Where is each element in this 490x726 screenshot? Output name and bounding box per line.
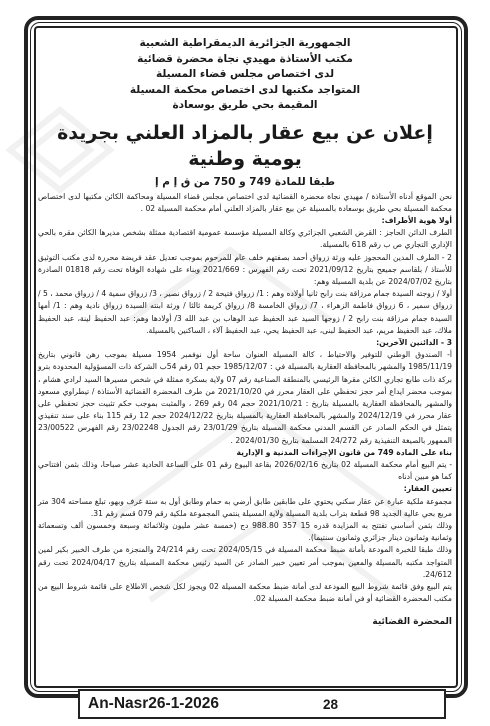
header-line-country: الجمهورية الجزائرية الديمقراطية الشعبية	[38, 36, 452, 52]
heirs-paragraph: أولا / زوجته السيدة جمام مرزاقة بنت رابح…	[38, 288, 452, 337]
signature: المحضرة القضائية	[38, 617, 452, 627]
other-creditors-paragraph: أ- الصندوق الوطني للتوفير والاحتياط ، كا…	[38, 349, 452, 447]
section-other-creditors-title: 3 - الدائنين الآخرين:	[38, 337, 452, 349]
debtor-paragraph: 2 - الطرف المدين المحجوز عليه ورثة زرواق…	[38, 252, 452, 289]
creditor-paragraph: الطرف الدائن الحاجز : القرض الشعبي الجزا…	[38, 227, 452, 251]
header-line-office: مكتب الأستاذة مهيدي نجاة محضرة قضائية	[38, 52, 452, 68]
property-title: تعيين العقار:	[38, 483, 452, 495]
header-line-jurisdiction: لدى اختصاص مجلس قضاء المسيلة	[38, 67, 452, 83]
notice-subtitle: طبقا للمادة 749 و 750 من ق إ م إ	[38, 175, 452, 189]
page-number: 28	[323, 697, 338, 712]
property-description: مجموعة ملكية عبارة عن عقار سكني يحتوي عل…	[38, 496, 452, 520]
price-paragraph: وذلك بثمن أساسي تفتتح به المزايدة قدره 1…	[38, 520, 452, 544]
legal-basis-paragraph: بناء على المادة 749 من قانون الإجراءات ا…	[38, 447, 452, 459]
intro-paragraph: نحن الموقع أدناه الأستاذة / مهيدي نجاة م…	[38, 191, 452, 215]
expert-paragraph: وذلك طبقا للخبرة المودعة بأمانة ضبط محكم…	[38, 544, 452, 581]
section-parties-title: أولا هوية الأطراف:	[38, 215, 452, 227]
notice-title: إعلان عن بيع عقار بالمزاد العلني بجريدة …	[38, 120, 452, 172]
legal-notice-content: الجمهورية الجزائرية الديمقراطية الشعبية …	[38, 30, 452, 680]
sale-date-paragraph: - يتم البيع أمام محكمة المسيلة 02 بتاريخ…	[38, 459, 452, 483]
publication-date: An-Nasr26-1-2026	[88, 695, 219, 713]
conditions-paragraph: يتم البيع وفق قائمة شروط البيع المودعة ل…	[38, 581, 452, 605]
issuer-header: الجمهورية الجزائرية الديمقراطية الشعبية …	[38, 36, 452, 114]
notice-body: نحن الموقع أدناه الأستاذة / مهيدي نجاة م…	[38, 191, 452, 606]
publication-footer: An-Nasr26-1-2026 28	[78, 689, 446, 719]
header-line-court: المتواجد مكتبها لدى اختصاص محكمة المسيلة	[38, 83, 452, 99]
header-line-address: المقيمة بحي طريق بوسعادة	[38, 98, 452, 114]
